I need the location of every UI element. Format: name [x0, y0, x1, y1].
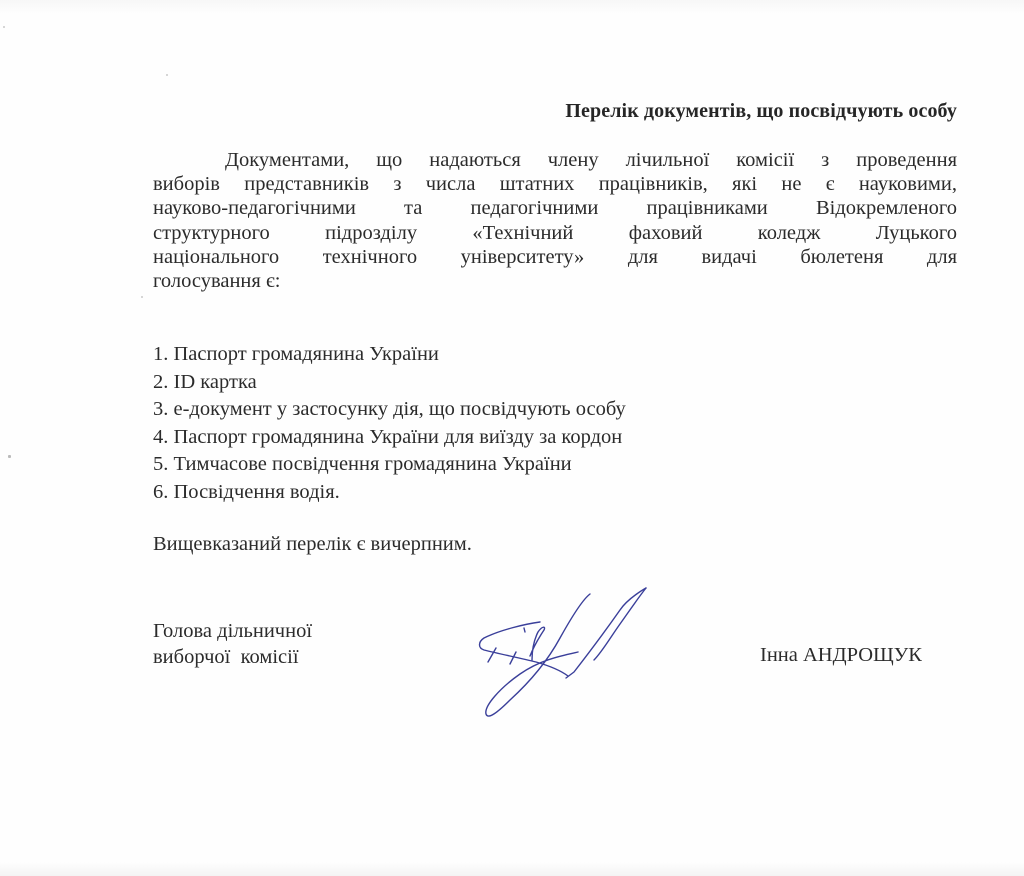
- scan-speck: [3, 26, 5, 28]
- scan-speck: [8, 455, 11, 458]
- signatory-name: Інна АНДРОЩУК: [760, 644, 922, 667]
- signatory-position: Голова дільничної виборчої комісії: [153, 618, 312, 670]
- position-line: виборчої комісії: [153, 644, 312, 670]
- intro-line: Документами, що надаються члену лічильно…: [153, 148, 957, 172]
- intro-line: голосування є:: [153, 269, 957, 293]
- list-item: 1. Паспорт громадянина України: [153, 341, 626, 369]
- intro-line: національного технічного університету» д…: [153, 245, 957, 269]
- conclusion-text: Вищевказаний перелік є вичерпним.: [153, 533, 472, 556]
- signature-icon: [470, 580, 660, 730]
- scanned-page: Перелік документів, що посвідчують особу…: [0, 0, 1024, 876]
- list-item: 6. Посвідчення водія.: [153, 479, 626, 507]
- documents-list: 1. Паспорт громадянина України 2. ID кар…: [153, 341, 626, 507]
- list-item: 4. Паспорт громадянина України для виїзд…: [153, 424, 626, 452]
- intro-line: виборів представників з числа штатних пр…: [153, 172, 957, 196]
- document-title: Перелік документів, що посвідчують особу: [487, 100, 957, 123]
- position-line: Голова дільничної: [153, 618, 312, 644]
- list-item: 2. ID картка: [153, 369, 626, 397]
- scan-speck: [141, 296, 143, 298]
- intro-paragraph: Документами, що надаються члену лічильно…: [153, 148, 957, 293]
- intro-line: науково-педагогічними та педагогічними п…: [153, 196, 957, 220]
- list-item: 5. Тимчасове посвідчення громадянина Укр…: [153, 451, 626, 479]
- intro-line: структурного підрозділу «Технічний фахов…: [153, 221, 957, 245]
- scan-speck: [166, 74, 168, 76]
- list-item: 3. е-документ у застосунку дія, що посві…: [153, 396, 626, 424]
